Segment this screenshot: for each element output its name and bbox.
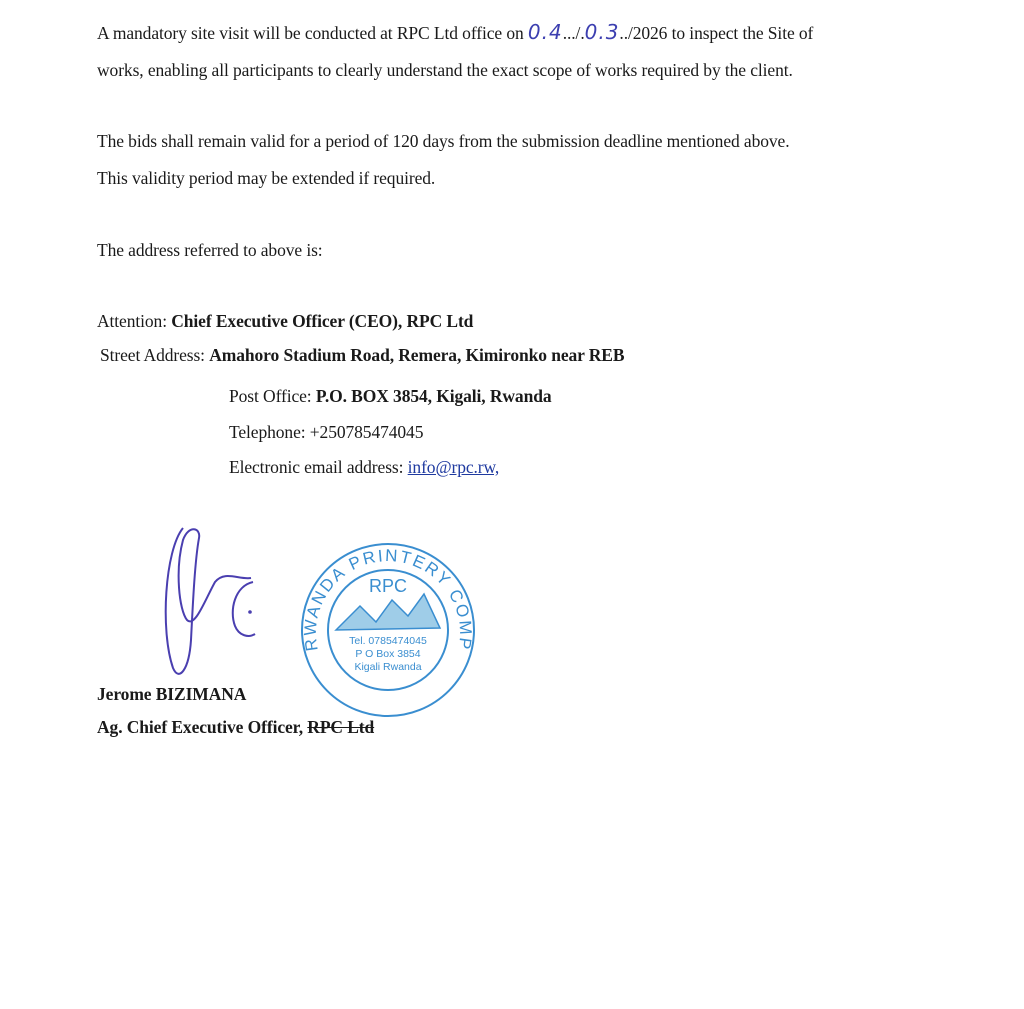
validity-line-1: The bids shall remain valid for a period… [97, 131, 789, 152]
stamp-tel: Tel. 0785474045 [349, 635, 427, 647]
handwritten-day: 0.4 [528, 20, 563, 44]
telephone-line: Telephone: +250785474045 [229, 422, 423, 443]
post-office-line: Post Office: P.O. BOX 3854, Kigali, Rwan… [229, 386, 552, 407]
signatory-title: Ag. Chief Executive Officer, RPC Ltd [97, 717, 374, 738]
handwritten-month: 0.3 [585, 20, 620, 44]
street-line: Street Address: Amahoro Stadium Road, Re… [100, 345, 624, 366]
stamp-center-text: RPC [369, 576, 407, 596]
stamp-box: P O Box 3854 [355, 648, 420, 660]
site-visit-text-end: to inspect the Site of [667, 23, 813, 43]
signatory-company: RPC Ltd [307, 717, 374, 737]
telephone-label: Telephone: [229, 422, 310, 442]
signatory-title-text: Ag. Chief Executive Officer, [97, 717, 307, 737]
site-visit-line-1: A mandatory site visit will be conducted… [97, 20, 813, 44]
stamp-city: Kigali Rwanda [354, 661, 421, 673]
street-label: Street Address: [100, 345, 209, 365]
email-link[interactable]: info@rpc.rw, [408, 457, 500, 477]
attention-value: Chief Executive Officer (CEO), RPC Ltd [171, 311, 473, 331]
post-office-label: Post Office: [229, 386, 316, 406]
mountains-icon [336, 594, 440, 630]
post-office-value: P.O. BOX 3854, Kigali, Rwanda [316, 386, 552, 406]
date-year: ../2026 [619, 23, 667, 43]
signatory-name: Jerome BIZIMANA [97, 684, 246, 705]
attention-line: Attention: Chief Executive Officer (CEO)… [97, 311, 473, 332]
email-line: Electronic email address: info@rpc.rw, [229, 457, 499, 478]
street-value: Amahoro Stadium Road, Remera, Kimironko … [209, 345, 624, 365]
date-separator: .../. [563, 23, 585, 43]
telephone-value: +250785474045 [310, 422, 424, 442]
attention-label: Attention: [97, 311, 171, 331]
company-stamp-icon: RWANDA PRINTERY COMPANY LTD RPC Tel. 078… [288, 530, 488, 720]
site-visit-text: A mandatory site visit will be conducted… [97, 23, 528, 43]
signature-icon [155, 520, 275, 680]
site-visit-line-2: works, enabling all participants to clea… [97, 60, 793, 81]
email-label: Electronic email address: [229, 457, 408, 477]
validity-line-2: This validity period may be extended if … [97, 168, 435, 189]
address-intro: The address referred to above is: [97, 240, 323, 261]
